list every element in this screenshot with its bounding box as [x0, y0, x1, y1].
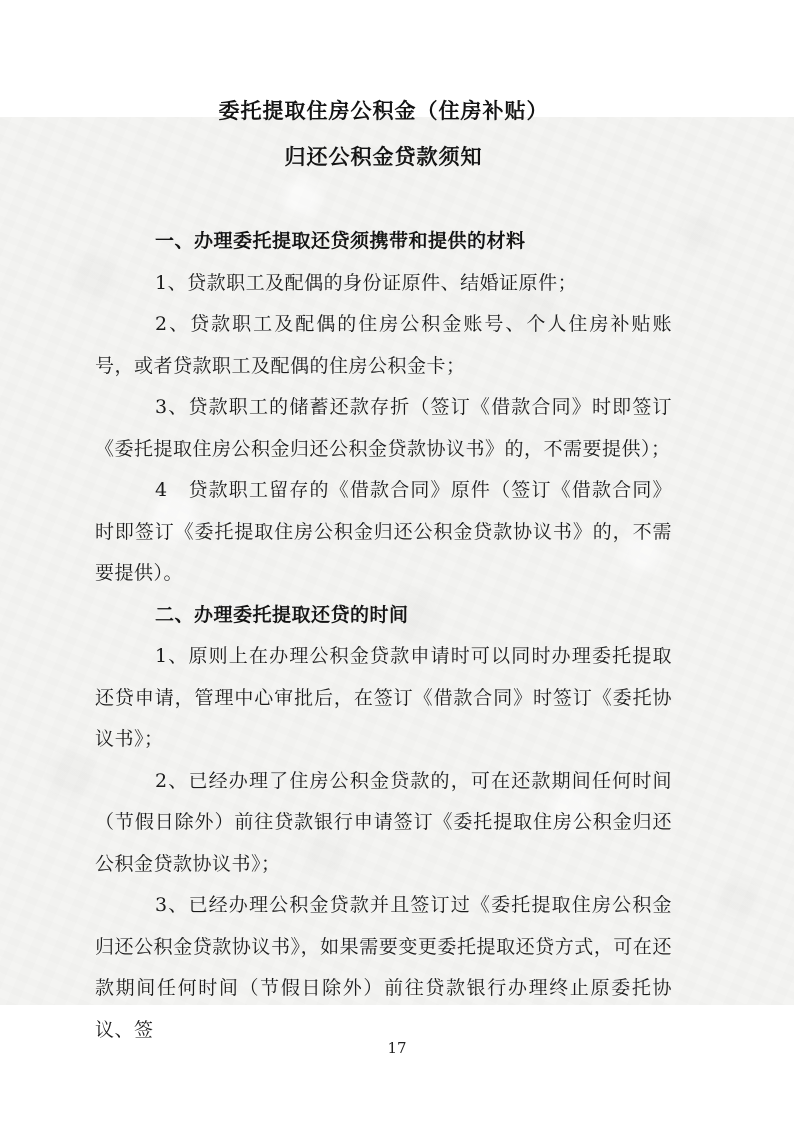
timing-item-2: 2、已经办理了住房公积金贷款的，可在还款期间任何时间（节假日除外）前往贷款银行申… — [95, 761, 672, 886]
section-materials-heading: 一、办理委托提取还贷须携带和提供的材料 — [95, 221, 672, 263]
page-number: 17 — [0, 1038, 794, 1058]
section-timing: 二、办理委托提取还贷的时间 1、原则上在办理公积金贷款申请时可以同时办理委托提取… — [95, 595, 672, 1052]
materials-item-2: 2、贷款职工及配偶的住房公积金账号、个人住房补贴账号，或者贷款职工及配偶的住房公… — [95, 304, 672, 387]
materials-item-1: 1、贷款职工及配偶的身份证原件、结婚证原件； — [95, 263, 672, 305]
document-page: 委托提取住房公积金（住房补贴） 归还公积金贷款须知 一、办理委托提取还贷须携带和… — [0, 0, 794, 1123]
timing-item-3: 3、已经办理公积金贷款并且签订过《委托提取住房公积金归还公积金贷款协议书》，如果… — [95, 885, 672, 1051]
section-timing-heading: 二、办理委托提取还贷的时间 — [95, 595, 672, 637]
document-title: 委托提取住房公积金（住房补贴） 归还公积金贷款须知 — [95, 88, 672, 180]
document-body: 一、办理委托提取还贷须携带和提供的材料 1、贷款职工及配偶的身份证原件、结婚证原… — [95, 221, 672, 1051]
title-line-1: 委托提取住房公积金（住房补贴） — [95, 88, 672, 134]
materials-item-4: 4 贷款职工留存的《借款合同》原件（签订《借款合同》时即签订《委托提取住房公积金… — [95, 470, 672, 595]
timing-item-1: 1、原则上在办理公积金贷款申请时可以同时办理委托提取还贷申请，管理中心审批后，在… — [95, 636, 672, 761]
document-content: 委托提取住房公积金（住房补贴） 归还公积金贷款须知 一、办理委托提取还贷须携带和… — [95, 0, 672, 1051]
title-line-2: 归还公积金贷款须知 — [95, 134, 672, 180]
section-materials: 一、办理委托提取还贷须携带和提供的材料 1、贷款职工及配偶的身份证原件、结婚证原… — [95, 221, 672, 595]
materials-item-3: 3、贷款职工的储蓄还款存折（签订《借款合同》时即签订《委托提取住房公积金归还公积… — [95, 387, 672, 470]
